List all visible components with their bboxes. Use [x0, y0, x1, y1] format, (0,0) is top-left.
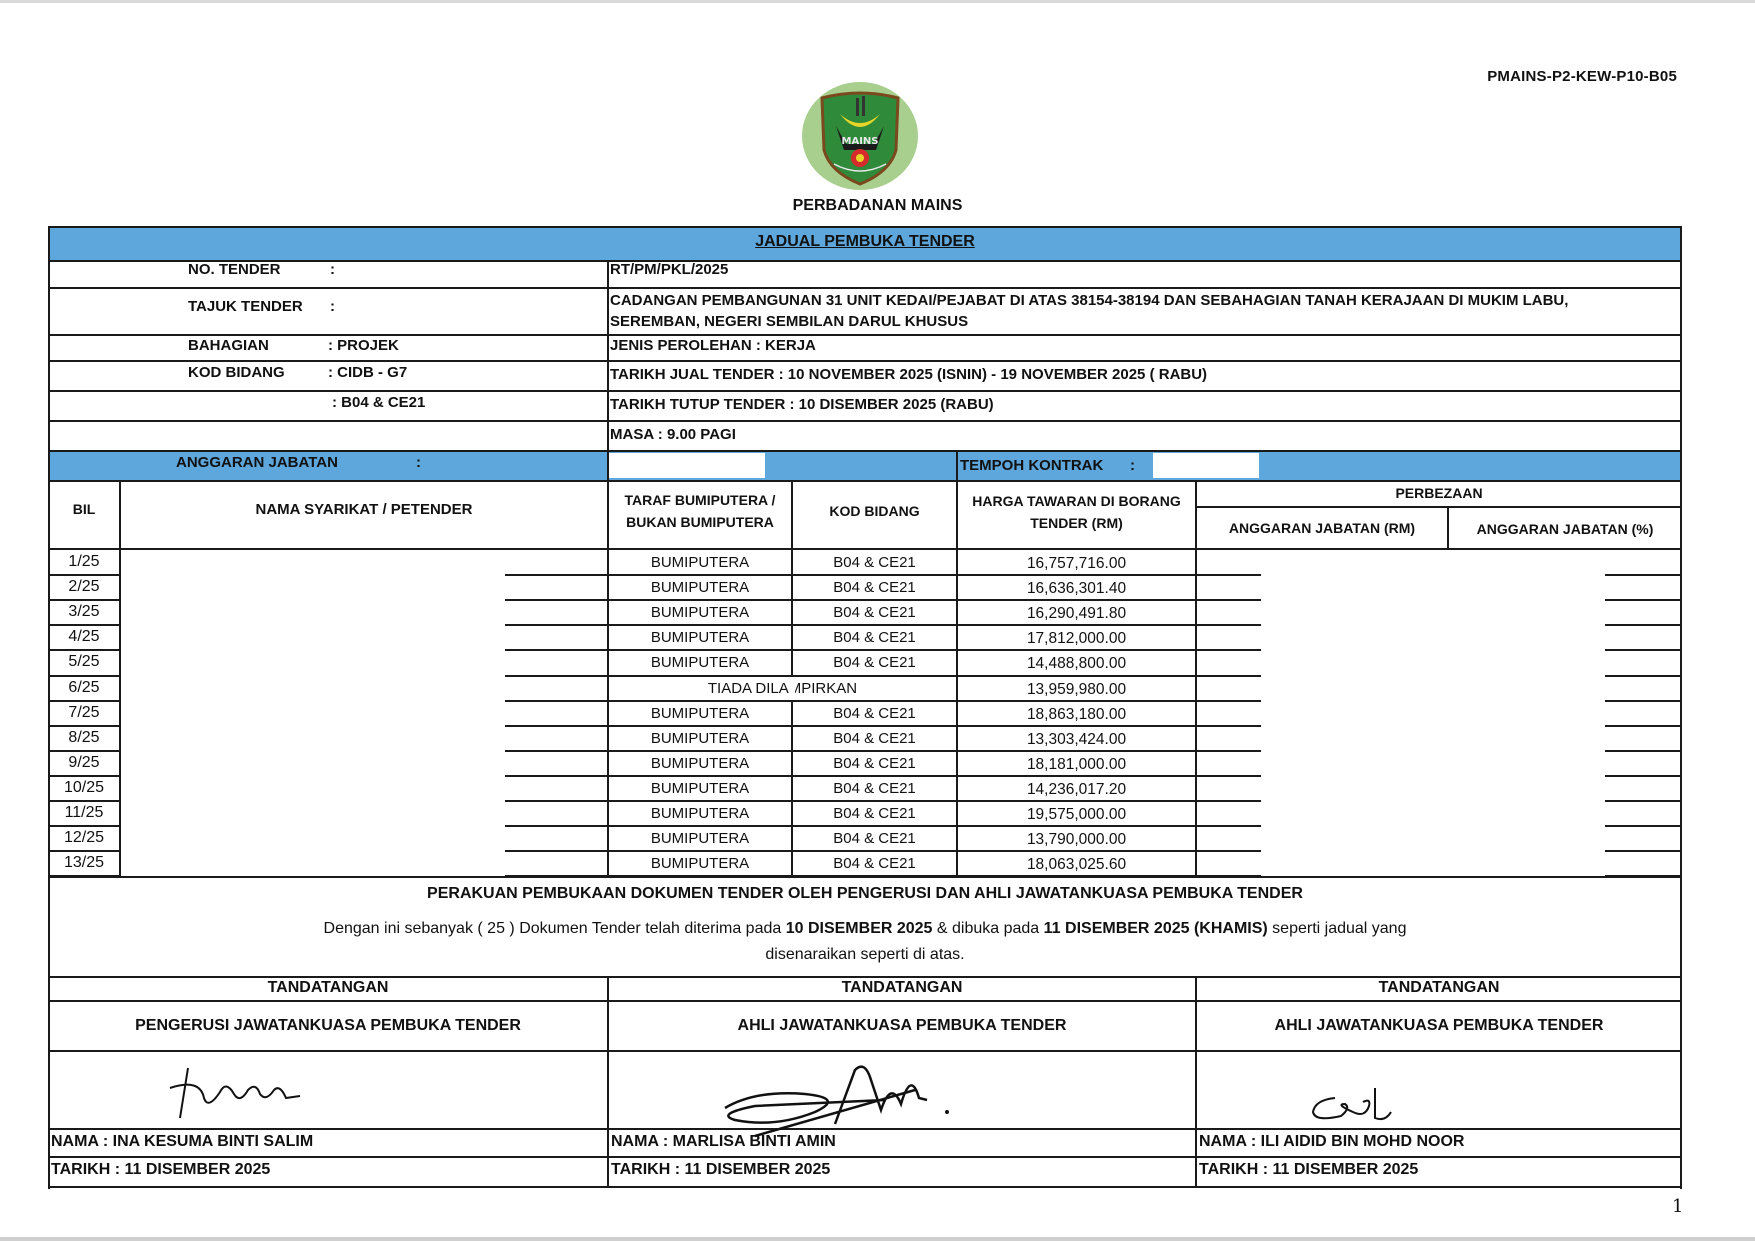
- signature-name: NAMA : INA KESUMA BINTI SALIM: [51, 1133, 313, 1151]
- row-line-rm: [1197, 750, 1261, 752]
- row-bil: 10/25: [48, 779, 120, 797]
- signature-1-icon: [160, 1058, 330, 1128]
- row-line-rm: [1197, 825, 1261, 827]
- no-tender-label: NO. TENDER: [188, 261, 281, 278]
- row-line-pct: [1605, 649, 1682, 651]
- row-kod: B04 & CE21: [792, 654, 957, 671]
- row-kod: B04 & CE21: [792, 780, 957, 797]
- row-line-bil: [48, 599, 120, 601]
- row-line-rm: [1197, 725, 1261, 727]
- row-line-mid: [505, 649, 1195, 651]
- bahagian-label: BAHAGIAN: [188, 337, 269, 354]
- row-line-bil: [48, 624, 120, 626]
- row-bil: 12/25: [48, 829, 120, 847]
- row-bil: 4/25: [48, 628, 120, 646]
- row-line-rm: [1197, 800, 1261, 802]
- row-harga: 19,575,000.00: [957, 806, 1196, 824]
- row-taraf: BUMIPUTERA: [608, 705, 792, 722]
- row-harga: 16,636,301.40: [957, 580, 1196, 598]
- col-anggaran-pct: ANGGARAN JABATAN (%): [1448, 521, 1682, 537]
- row-kod: B04 & CE21: [792, 855, 957, 872]
- kod-bidang-label: KOD BIDANG: [188, 364, 285, 381]
- tarikh-tutup: TARIKH TUTUP TENDER : 10 DISEMBER 2025 (…: [610, 396, 994, 413]
- row-line-mid: [505, 675, 1195, 677]
- row-taraf: BUMIPUTERA: [608, 579, 792, 596]
- row-harga: 18,181,000.00: [957, 756, 1196, 774]
- kod-bidang-value: : CIDB - G7: [328, 364, 407, 381]
- row-taraf: BUMIPUTERA: [608, 730, 792, 747]
- col-harga-2: TENDER (RM): [957, 515, 1196, 531]
- row-bil: 8/25: [48, 729, 120, 747]
- svg-text:MAINS: MAINS: [842, 136, 879, 147]
- row-taraf: BUMIPUTERA: [608, 654, 792, 671]
- row-harga: 13,959,980.00: [957, 681, 1196, 699]
- row-taraf: BUMIPUTERA: [608, 780, 792, 797]
- mains-crest-logo: MAINS: [800, 80, 920, 192]
- row-line-mid: [505, 825, 1195, 827]
- row-line-rm: [1197, 624, 1261, 626]
- row-line-pct: [1605, 825, 1682, 827]
- row-harga: 13,303,424.00: [957, 731, 1196, 749]
- signature-role: AHLI JAWATANKUASA PEMBUKA TENDER: [1196, 1017, 1682, 1035]
- no-tender-value: RT/PM/PKL/2025: [610, 261, 728, 278]
- row-line-mid: [505, 750, 1195, 752]
- row-line-mid: [505, 850, 1195, 852]
- col-taraf-1: TARAF BUMIPUTERA /: [608, 492, 792, 508]
- col-kod: KOD BIDANG: [792, 503, 957, 519]
- row-kod: B04 & CE21: [792, 755, 957, 772]
- row-taraf: BUMIPUTERA: [608, 629, 792, 646]
- row-line-rm: [1197, 649, 1261, 651]
- row-line-bil: [48, 775, 120, 777]
- row-harga: 17,812,000.00: [957, 630, 1196, 648]
- row-taraf: BUMIPUTERA: [608, 805, 792, 822]
- row-harga: 18,863,180.00: [957, 706, 1196, 724]
- col-harga-1: HARGA TAWARAN DI BORANG: [957, 493, 1196, 509]
- perakuan-text: Dengan ini sebanyak ( 25 ) Dokumen Tende…: [48, 920, 1682, 938]
- row-line-rm: [1197, 599, 1261, 601]
- row-taraf: BUMIPUTERA: [608, 755, 792, 772]
- row-kod: B04 & CE21: [792, 579, 957, 596]
- row-kod: B04 & CE21: [792, 705, 957, 722]
- bahagian-value: : PROJEK: [328, 337, 399, 354]
- col-anggaran-rm: ANGGARAN JABATAN (RM): [1196, 520, 1448, 536]
- perakuan-heading: PERAKUAN PEMBUKAAN DOKUMEN TENDER OLEH P…: [48, 885, 1682, 903]
- signature-2-icon: [715, 1050, 975, 1140]
- row-bil: 11/25: [48, 804, 120, 822]
- row-line-bil: [48, 649, 120, 651]
- row-harga: 16,290,491.80: [957, 605, 1196, 623]
- signature-heading: TANDATANGAN: [608, 979, 1196, 997]
- row-line-mid: [505, 574, 1195, 576]
- row-taraf: BUMIPUTERA: [608, 830, 792, 847]
- row-bil: 9/25: [48, 754, 120, 772]
- row-line-pct: [1605, 574, 1682, 576]
- row-line-bil: [48, 700, 120, 702]
- row-bil: 3/25: [48, 603, 120, 621]
- tempoh-value-field: [1153, 453, 1259, 478]
- row-bil: 2/25: [48, 578, 120, 596]
- signature-date: TARIKH : 11 DISEMBER 2025: [1199, 1161, 1418, 1179]
- merged-cell-cover: [790, 677, 795, 700]
- row-line-pct: [1605, 750, 1682, 752]
- document-code: PMAINS-P2-KEW-P10-B05: [1487, 68, 1677, 85]
- row-line-pct: [1605, 850, 1682, 852]
- masa: MASA : 9.00 PAGI: [610, 426, 736, 443]
- signature-role: PENGERUSI JAWATANKUASA PEMBUKA TENDER: [48, 1017, 608, 1035]
- row-line-rm: [1197, 700, 1261, 702]
- tempoh-label: TEMPOH KONTRAK: [960, 457, 1103, 474]
- signature-name: NAMA : ILI AIDID BIN MOHD NOOR: [1199, 1133, 1464, 1151]
- row-line-mid: [505, 624, 1195, 626]
- row-harga: 13,790,000.00: [957, 831, 1196, 849]
- tajuk-line-1: CADANGAN PEMBANGUNAN 31 UNIT KEDAI/PEJAB…: [610, 292, 1568, 309]
- row-taraf: BUMIPUTERA: [608, 604, 792, 621]
- row-line-rm: [1197, 574, 1261, 576]
- row-harga: 14,488,800.00: [957, 655, 1196, 673]
- scan-bottom-edge: [0, 1237, 1755, 1241]
- anggaran-label: ANGGARAN JABATAN: [176, 454, 338, 471]
- row-line-pct: [1605, 675, 1682, 677]
- row-line-mid: [505, 700, 1195, 702]
- row-line-bil: [48, 675, 120, 677]
- row-bil: 5/25: [48, 653, 120, 671]
- row-line-mid: [505, 599, 1195, 601]
- row-bil: 7/25: [48, 704, 120, 722]
- row-harga: 16,757,716.00: [957, 555, 1196, 573]
- row-harga: 14,236,017.20: [957, 781, 1196, 799]
- row-kod: B04 & CE21: [792, 629, 957, 646]
- signature-date: TARIKH : 11 DISEMBER 2025: [611, 1161, 830, 1179]
- row-bil: 6/25: [48, 679, 120, 697]
- row-kod: B04 & CE21: [792, 805, 957, 822]
- signature-3-icon: [1305, 1078, 1405, 1128]
- row-line-rm: [1197, 775, 1261, 777]
- row-line-bil: [48, 825, 120, 827]
- row-merged-note: TIADA DILAMPIRKAN: [608, 680, 957, 697]
- row-line-bil: [48, 850, 120, 852]
- tarikh-jual: TARIKH JUAL TENDER : 10 NOVEMBER 2025 (I…: [610, 366, 1207, 383]
- row-line-rm: [1197, 675, 1261, 677]
- row-line-bil: [48, 800, 120, 802]
- row-line-pct: [1605, 700, 1682, 702]
- row-kod: B04 & CE21: [792, 604, 957, 621]
- kod-bidang-value-2: : B04 & CE21: [332, 394, 425, 411]
- row-line-bil: [48, 725, 120, 727]
- row-line-bil: [48, 574, 120, 576]
- row-line-pct: [1605, 599, 1682, 601]
- col-bil: BIL: [48, 501, 120, 517]
- organization-name: PERBADANAN MAINS: [0, 197, 1755, 215]
- row-line-mid: [505, 725, 1195, 727]
- jenis-perolehan: JENIS PEROLEHAN : KERJA: [610, 337, 816, 354]
- row-bil: 13/25: [48, 854, 120, 872]
- row-line-pct: [1605, 725, 1682, 727]
- row-kod: B04 & CE21: [792, 830, 957, 847]
- row-line-bil: [48, 750, 120, 752]
- page-title: JADUAL PEMBUKA TENDER: [48, 233, 1682, 251]
- row-kod: B04 & CE21: [792, 730, 957, 747]
- row-line-mid: [505, 800, 1195, 802]
- col-perbezaan: PERBEZAAN: [1196, 485, 1682, 501]
- tajuk-label: TAJUK TENDER: [188, 298, 303, 315]
- page-number: 1: [1672, 1196, 1683, 1217]
- row-line-mid: [505, 775, 1195, 777]
- row-harga: 18,063,025.60: [957, 856, 1196, 874]
- scan-top-edge: [0, 0, 1755, 3]
- row-kod: B04 & CE21: [792, 554, 957, 571]
- signature-date: TARIKH : 11 DISEMBER 2025: [51, 1161, 270, 1179]
- row-taraf: BUMIPUTERA: [608, 554, 792, 571]
- row-bil: 1/25: [48, 553, 120, 571]
- anggaran-value-field: [609, 453, 765, 478]
- row-line-pct: [1605, 775, 1682, 777]
- row-taraf: BUMIPUTERA: [608, 855, 792, 872]
- tajuk-line-2: SEREMBAN, NEGERI SEMBILAN DARUL KHUSUS: [610, 313, 968, 330]
- signature-role: AHLI JAWATANKUASA PEMBUKA TENDER: [608, 1017, 1196, 1035]
- col-taraf-2: BUKAN BUMIPUTERA: [608, 514, 792, 530]
- row-line-pct: [1605, 624, 1682, 626]
- signature-heading: TANDATANGAN: [1196, 979, 1682, 997]
- signature-heading: TANDATANGAN: [48, 979, 608, 997]
- col-nama: NAMA SYARIKAT / PETENDER: [120, 501, 608, 518]
- row-line-rm: [1197, 850, 1261, 852]
- perakuan-text-2: disenaraikan seperti di atas.: [48, 946, 1682, 964]
- row-line-pct: [1605, 800, 1682, 802]
